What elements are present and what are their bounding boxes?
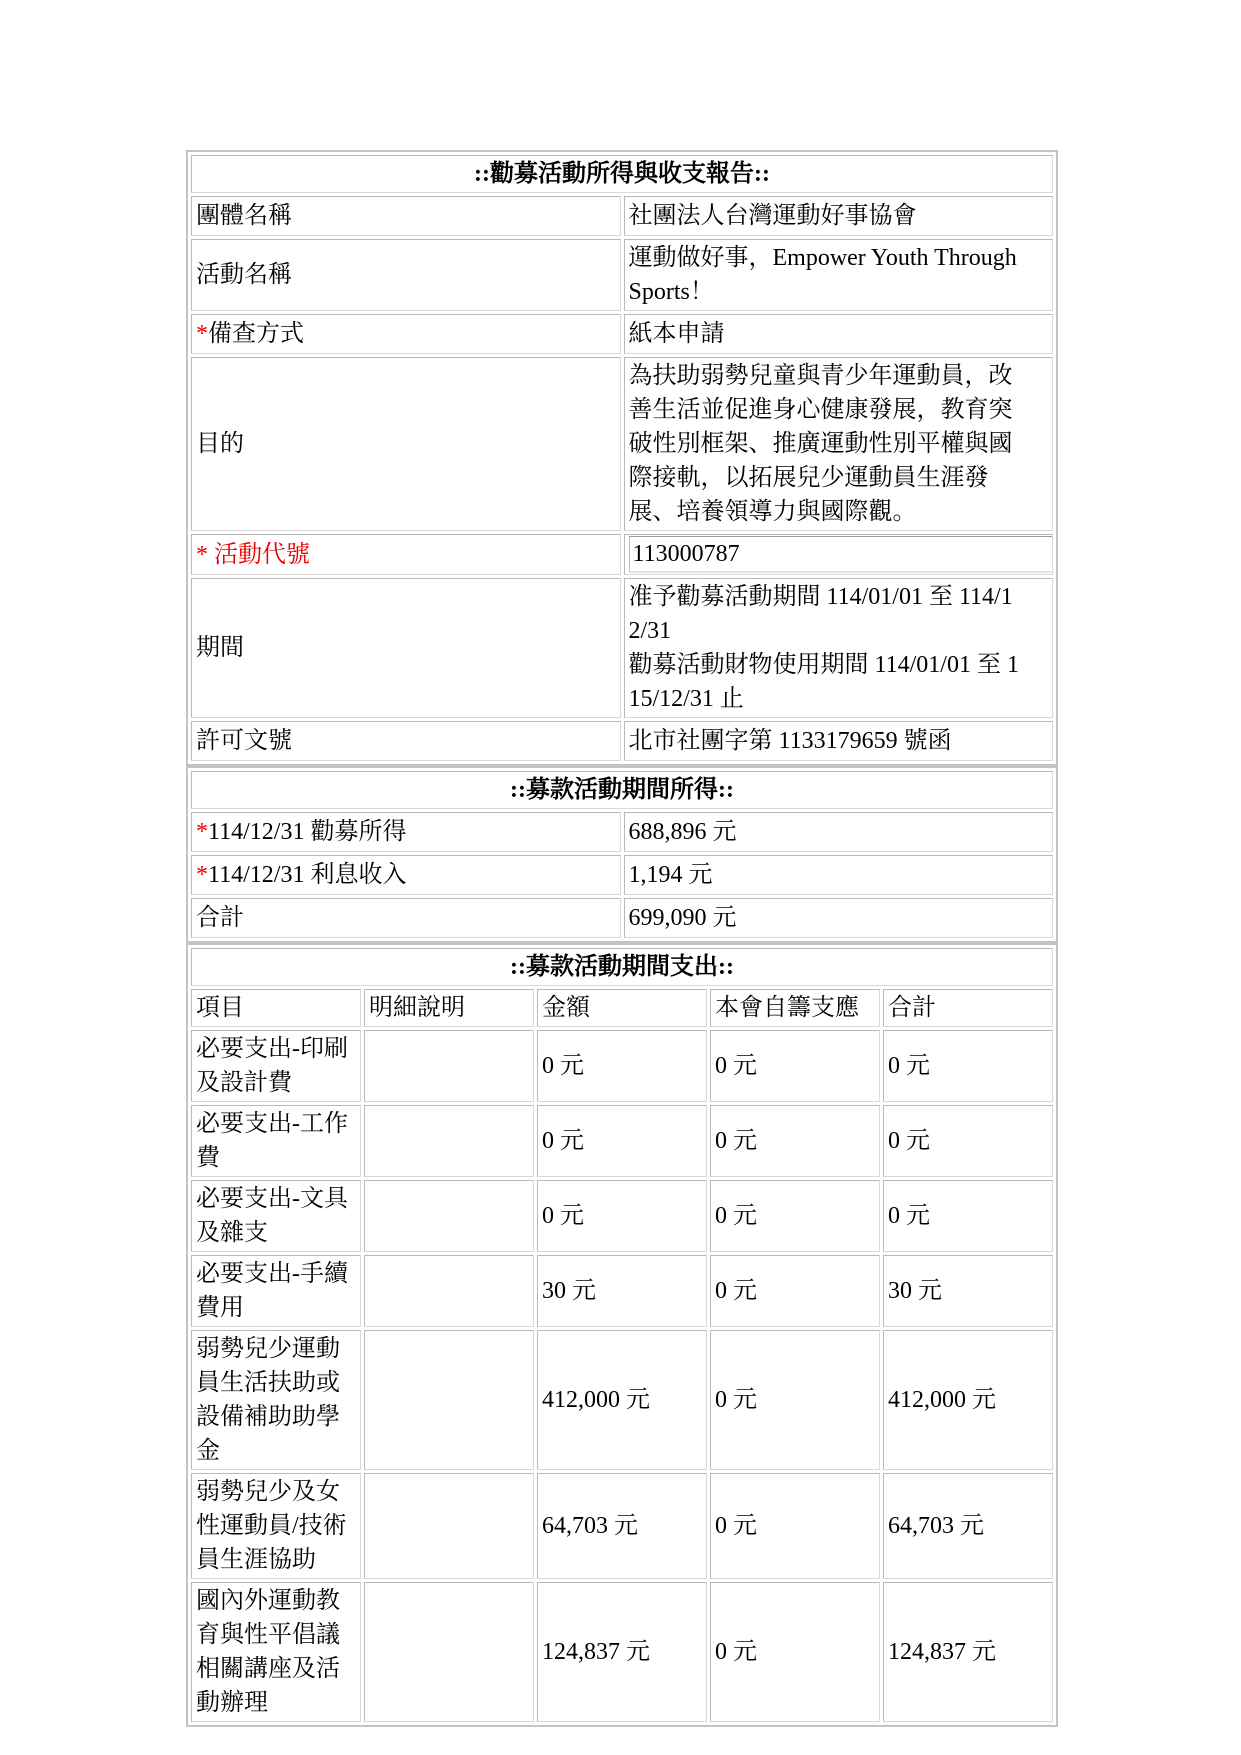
expense-header-self-fund: 本會自籌支應	[710, 989, 880, 1027]
activity-code-row: * 活動代號 113000787	[191, 534, 1053, 575]
expense-detail	[364, 1255, 534, 1327]
expense-item: 必要支出-手續費用	[191, 1255, 361, 1327]
expense-amount: 64,703 元	[537, 1473, 707, 1579]
event-name-label: 活動名稱	[191, 239, 621, 311]
expense-amount: 0 元	[537, 1105, 707, 1177]
expense-total: 124,837 元	[883, 1582, 1053, 1722]
expense-header-item: 項目	[191, 989, 361, 1027]
expense-item: 國內外運動教育與性平倡議相關講座及活動辦理	[191, 1582, 361, 1722]
period-line-1: 准予勸募活動期間 114/01/01 至 114/12/31	[629, 580, 1023, 648]
expense-amount: 0 元	[537, 1030, 707, 1102]
income-total-value: 699,090 元	[624, 898, 1054, 938]
expense-detail	[364, 1180, 534, 1252]
expense-row: 國內外運動教育與性平倡議相關講座及活動辦理 124,837 元 0 元 124,…	[191, 1582, 1053, 1722]
review-method-label: *備查方式	[191, 314, 621, 354]
org-name-row: 團體名稱 社團法人台灣運動好事協會	[191, 196, 1053, 236]
review-method-value: 紙本申請	[624, 314, 1054, 354]
expense-row: 必要支出-印刷及設計費 0 元 0 元 0 元	[191, 1030, 1053, 1102]
expense-item: 必要支出-工作費	[191, 1105, 361, 1177]
period-row: 期間 准予勸募活動期間 114/01/01 至 114/12/31 勸募活動財物…	[191, 578, 1053, 718]
income-title: ::募款活動期間所得::	[191, 771, 1053, 809]
expense-total: 0 元	[883, 1180, 1053, 1252]
permit-number-label: 許可文號	[191, 721, 621, 761]
event-name-row: 活動名稱 運動做好事，Empower Youth Through Sports！	[191, 239, 1053, 311]
expense-header-row: 項目 明細說明 金額 本會自籌支應 合計	[191, 989, 1053, 1027]
expense-title: ::募款活動期間支出::	[191, 948, 1053, 986]
income-row-value: 1,194 元	[624, 855, 1054, 895]
expense-item: 必要支出-印刷及設計費	[191, 1030, 361, 1102]
report-title-row: ::勸募活動所得與收支報告::	[191, 155, 1053, 193]
required-asterisk: *	[196, 542, 214, 568]
report-title: ::勸募活動所得與收支報告::	[191, 155, 1053, 193]
required-asterisk: *	[196, 819, 208, 845]
expense-total: 412,000 元	[883, 1330, 1053, 1470]
income-table: ::募款活動期間所得:: *114/12/31 勸募所得 688,896 元 *…	[186, 766, 1058, 943]
expense-row: 必要支出-文具及雜支 0 元 0 元 0 元	[191, 1180, 1053, 1252]
expense-amount: 0 元	[537, 1180, 707, 1252]
org-name-value: 社團法人台灣運動好事協會	[624, 196, 1054, 236]
required-asterisk: *	[196, 321, 208, 347]
report-page: ::勸募活動所得與收支報告:: 團體名稱 社團法人台灣運動好事協會 活動名稱 運…	[186, 150, 1058, 1727]
period-line-2: 勸募活動財物使用期間 114/01/01 至 115/12/31 止	[629, 648, 1023, 716]
income-row: *114/12/31 利息收入 1,194 元	[191, 855, 1053, 895]
expense-detail	[364, 1582, 534, 1722]
expense-title-row: ::募款活動期間支出::	[191, 948, 1053, 986]
expense-detail	[364, 1105, 534, 1177]
income-total-row: 合計 699,090 元	[191, 898, 1053, 938]
expense-header-total: 合計	[883, 989, 1053, 1027]
expense-table: ::募款活動期間支出:: 項目 明細說明 金額 本會自籌支應 合計 必要支出-印…	[186, 943, 1058, 1727]
expense-item: 必要支出-文具及雜支	[191, 1180, 361, 1252]
review-method-row: *備查方式 紙本申請	[191, 314, 1053, 354]
period-value: 准予勸募活動期間 114/01/01 至 114/12/31 勸募活動財物使用期…	[624, 578, 1054, 718]
report-info-table: ::勸募活動所得與收支報告:: 團體名稱 社團法人台灣運動好事協會 活動名稱 運…	[186, 150, 1058, 766]
expense-total: 0 元	[883, 1030, 1053, 1102]
expense-total: 0 元	[883, 1105, 1053, 1177]
purpose-value: 為扶助弱勢兒童與青少年運動員，改善生活並促進身心健康發展，教育突破性別框架、推廣…	[624, 357, 1054, 531]
expense-amount: 124,837 元	[537, 1582, 707, 1722]
expense-header-amount: 金額	[537, 989, 707, 1027]
income-row-label: *114/12/31 利息收入	[191, 855, 621, 895]
expense-self-fund: 0 元	[710, 1030, 880, 1102]
expense-self-fund: 0 元	[710, 1180, 880, 1252]
expense-header-detail: 明細說明	[364, 989, 534, 1027]
period-label: 期間	[191, 578, 621, 718]
org-name-label: 團體名稱	[191, 196, 621, 236]
activity-code-input[interactable]: 113000787	[629, 536, 1054, 573]
expense-row: 弱勢兒少運動員生活扶助或設備補助助學金 412,000 元 0 元 412,00…	[191, 1330, 1053, 1470]
activity-code-label: * 活動代號	[191, 534, 621, 575]
expense-row: 必要支出-手續費用 30 元 0 元 30 元	[191, 1255, 1053, 1327]
expense-self-fund: 0 元	[710, 1473, 880, 1579]
purpose-row: 目的 為扶助弱勢兒童與青少年運動員，改善生活並促進身心健康發展，教育突破性別框架…	[191, 357, 1053, 531]
permit-number-value: 北市社團字第 1133179659 號函	[624, 721, 1054, 761]
income-title-row: ::募款活動期間所得::	[191, 771, 1053, 809]
expense-amount: 412,000 元	[537, 1330, 707, 1470]
expense-detail	[364, 1330, 534, 1470]
event-name-value: 運動做好事，Empower Youth Through Sports！	[624, 239, 1054, 311]
income-total-label: 合計	[191, 898, 621, 938]
expense-detail	[364, 1030, 534, 1102]
expense-self-fund: 0 元	[710, 1255, 880, 1327]
expense-self-fund: 0 元	[710, 1105, 880, 1177]
expense-self-fund: 0 元	[710, 1582, 880, 1722]
permit-number-row: 許可文號 北市社團字第 1133179659 號函	[191, 721, 1053, 761]
income-row-value: 688,896 元	[624, 812, 1054, 852]
expense-item: 弱勢兒少及女性運動員/技術員生涯協助	[191, 1473, 361, 1579]
expense-item: 弱勢兒少運動員生活扶助或設備補助助學金	[191, 1330, 361, 1470]
income-row-label: *114/12/31 勸募所得	[191, 812, 621, 852]
expense-amount: 30 元	[537, 1255, 707, 1327]
expense-row: 必要支出-工作費 0 元 0 元 0 元	[191, 1105, 1053, 1177]
purpose-label: 目的	[191, 357, 621, 531]
expense-total: 64,703 元	[883, 1473, 1053, 1579]
expense-total: 30 元	[883, 1255, 1053, 1327]
expense-row: 弱勢兒少及女性運動員/技術員生涯協助 64,703 元 0 元 64,703 元	[191, 1473, 1053, 1579]
income-row: *114/12/31 勸募所得 688,896 元	[191, 812, 1053, 852]
activity-code-cell: 113000787	[624, 534, 1054, 575]
expense-self-fund: 0 元	[710, 1330, 880, 1470]
expense-detail	[364, 1473, 534, 1579]
required-asterisk: *	[196, 862, 208, 888]
